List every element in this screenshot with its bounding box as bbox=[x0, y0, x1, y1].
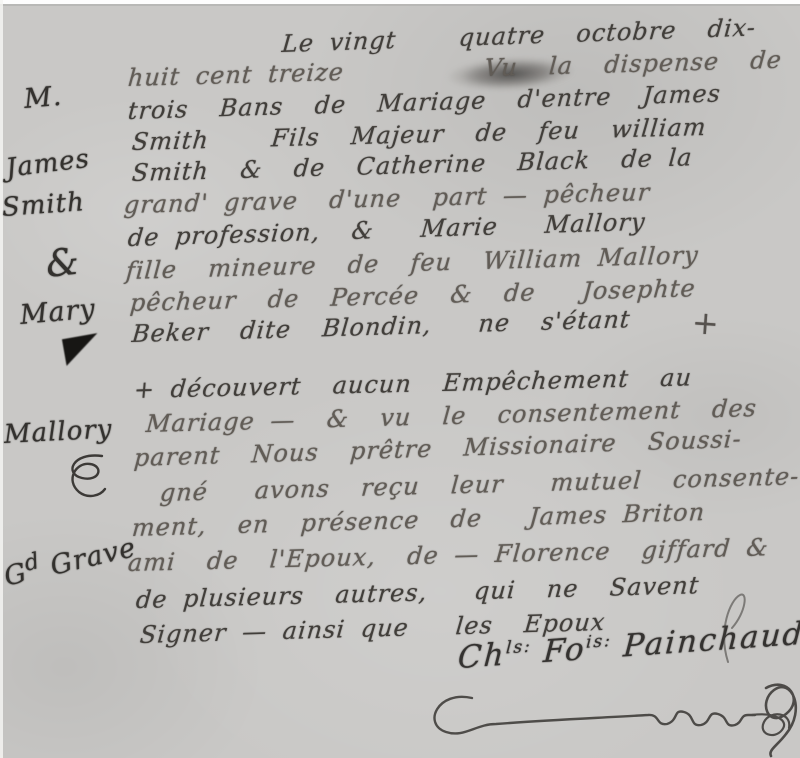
signature-painchaud: Painchaud bbox=[610, 616, 800, 666]
signature-sup-is: is: bbox=[585, 631, 612, 653]
signature-ch: Ch bbox=[457, 637, 507, 677]
ink-blot bbox=[62, 333, 102, 366]
signature-paraph bbox=[418, 684, 800, 758]
margin-note-m: M. bbox=[23, 81, 64, 115]
scan-border-left bbox=[0, 0, 3, 758]
signature-upstroke bbox=[716, 592, 756, 664]
margin-note-mary: Mary bbox=[19, 293, 97, 330]
insertion-cross: + bbox=[691, 303, 720, 343]
signature-sup-ls: ls: bbox=[505, 636, 532, 658]
margin-note-grande-grave: Gd Grave bbox=[0, 526, 139, 592]
place-note-grave: Grave bbox=[38, 532, 139, 584]
scanned-register-page: M. James Smith & Mary Mallory Gd Grave +… bbox=[0, 0, 800, 758]
margin-note-ampersand: & bbox=[44, 240, 82, 286]
margin-note-smith: Smith bbox=[1, 187, 86, 223]
signature-fo: Fo bbox=[530, 631, 587, 671]
record-line-17: de plusieurs autres, qui ne Savent bbox=[135, 571, 701, 614]
scan-border-shadow bbox=[0, 4, 800, 6]
margin-note-james: James bbox=[4, 144, 91, 184]
record-line-16: ami de l'Epoux, de — Florence giffard & bbox=[127, 533, 770, 577]
mallory-paraph bbox=[56, 452, 118, 502]
margin-note-mallory: Mallory bbox=[3, 414, 113, 450]
